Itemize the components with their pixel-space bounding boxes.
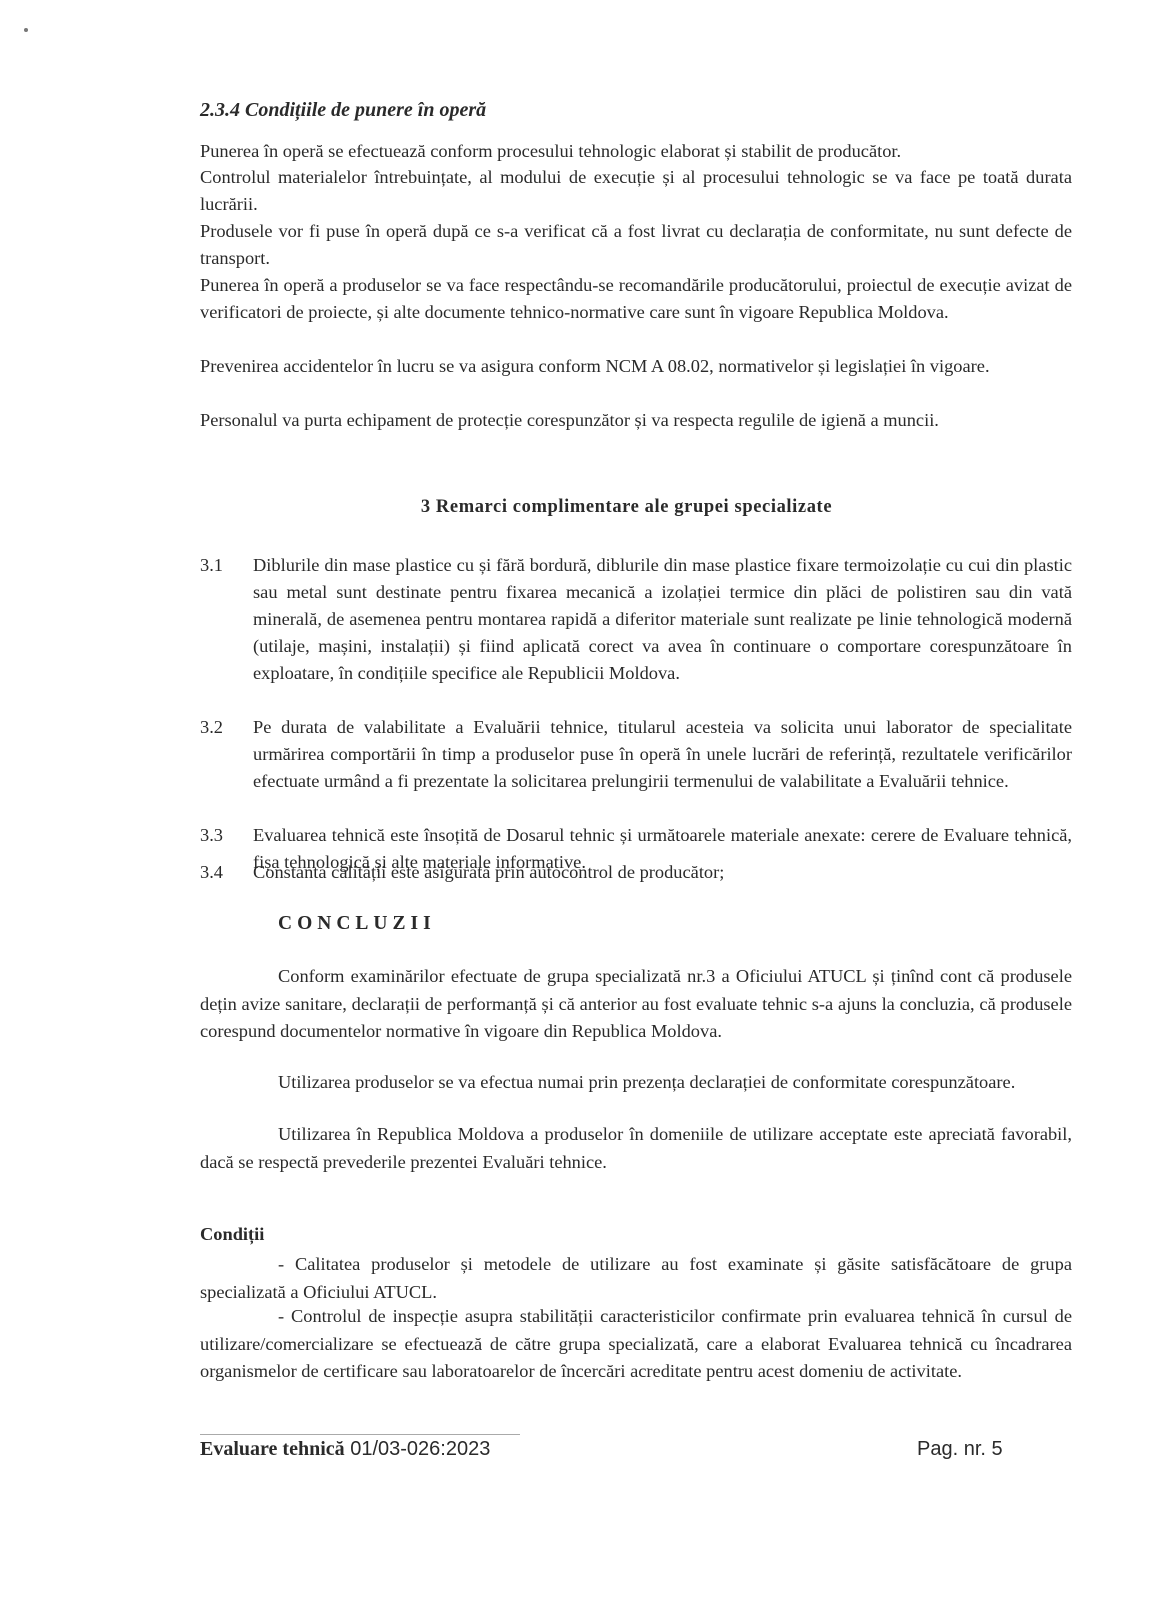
concluzii-paragraph: Utilizarea în Republica Moldova a produs… bbox=[200, 1121, 1072, 1176]
list-item-text: Pe durata de valabilitate a Evaluării te… bbox=[253, 714, 1072, 795]
list-item-text: Diblurile din mase plastice cu și fără b… bbox=[253, 552, 1072, 687]
list-item: 3.2 Pe durata de valabilitate a Evaluări… bbox=[200, 714, 1072, 795]
section-2-3-4-paragraph: Punerea în operă se efectuează conform p… bbox=[200, 138, 1072, 165]
document-page: 2.3.4 Condițiile de punere în operă Pune… bbox=[0, 0, 1163, 1600]
section-3-title: 3 Remarci complimentare ale grupei speci… bbox=[0, 497, 1163, 518]
conditii-paragraph: - Calitatea produselor și metodele de ut… bbox=[200, 1251, 1072, 1306]
section-2-3-4-paragraph: Controlul materialelor întrebuințate, al… bbox=[200, 164, 1072, 218]
footer-doc-number: 01/03-026:2023 bbox=[345, 1438, 491, 1460]
section-2-3-4-paragraph: Produsele vor fi puse în operă după ce s… bbox=[200, 218, 1072, 272]
list-item-number: 3.1 bbox=[200, 552, 250, 579]
section-2-3-4-paragraph: Punerea în operă a produselor se va face… bbox=[200, 272, 1072, 326]
section-2-3-4-paragraph: Prevenirea accidentelor în lucru se va a… bbox=[200, 353, 1072, 380]
scan-speck bbox=[24, 28, 28, 32]
footer-document-id: Evaluare tehnică 01/03-026:2023 bbox=[200, 1438, 490, 1461]
footer-page-number: Pag. nr. 5 bbox=[917, 1438, 1003, 1461]
list-item-number: 3.4 bbox=[200, 859, 250, 886]
concluzii-title: CONCLUZII bbox=[278, 913, 436, 935]
conditii-title: Condiții bbox=[200, 1224, 264, 1245]
conditii-paragraph: - Controlul de inspecție asupra stabilit… bbox=[200, 1303, 1072, 1386]
list-item: 3.1 Diblurile din mase plastice cu și fă… bbox=[200, 552, 1072, 687]
footer-doc-label: Evaluare tehnică bbox=[200, 1438, 345, 1460]
section-2-3-4-heading: 2.3.4 Condițiile de punere în operă bbox=[200, 99, 486, 122]
section-2-3-4-paragraph: Personalul va purta echipament de protec… bbox=[200, 407, 1072, 434]
concluzii-paragraph: Conform examinărilor efectuate de grupa … bbox=[200, 963, 1072, 1046]
list-item-text: Constanta calității este asigurată prin … bbox=[253, 859, 1072, 886]
list-item: 3.4 Constanta calității este asigurată p… bbox=[200, 859, 1072, 886]
concluzii-paragraph: Utilizarea produselor se va efectua numa… bbox=[200, 1069, 1072, 1097]
list-item-number: 3.2 bbox=[200, 714, 250, 741]
footer-divider bbox=[200, 1434, 520, 1435]
list-item-number: 3.3 bbox=[200, 822, 250, 849]
